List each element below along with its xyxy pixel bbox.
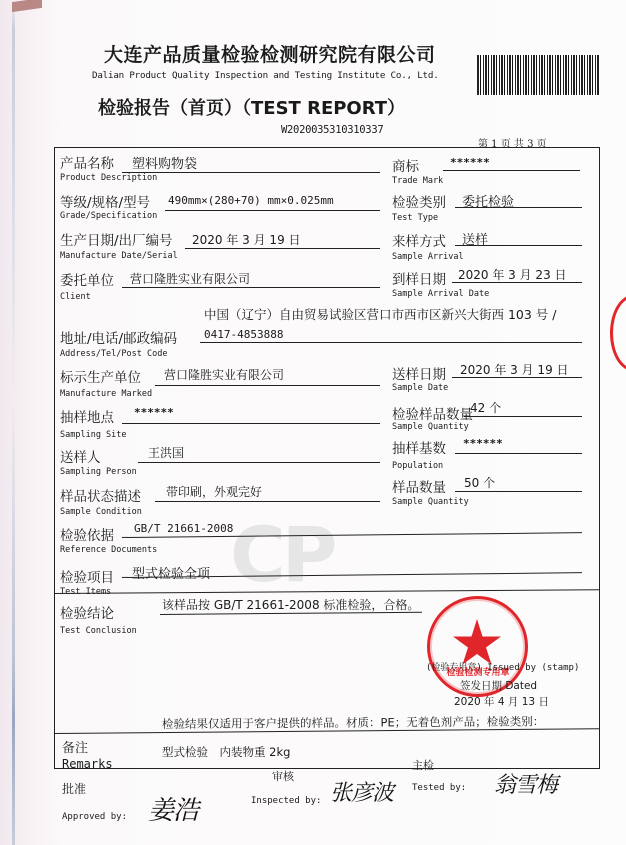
stamp-date: 2020 年 4 月 13 日 bbox=[454, 694, 549, 709]
value-product-name: 塑料购物袋 bbox=[132, 153, 197, 172]
value-grade-spec: 490mm×(280+70) mm×0.025mm bbox=[168, 194, 334, 207]
label-sample-date-en: Sample Date bbox=[392, 383, 448, 393]
value-trade-mark: ****** bbox=[450, 156, 490, 169]
label-grade-spec-en: Grade/Specification bbox=[60, 211, 157, 221]
label-sampling-site: 抽样地点 bbox=[60, 406, 114, 426]
label-test-type: 检验类别 bbox=[392, 191, 446, 211]
label-sample-arrival: 来样方式 bbox=[392, 230, 446, 250]
label-inspected-cn: 审核 bbox=[272, 768, 294, 784]
label-sampling-person-en: Sampling Person bbox=[60, 467, 137, 477]
underline bbox=[165, 210, 380, 211]
underline bbox=[452, 282, 582, 283]
label-product-name: 产品名称 bbox=[60, 152, 114, 172]
label-manufacturer: 标示生产单位 bbox=[60, 366, 141, 386]
label-manufacture-date-en: Manufacture Date/Serial bbox=[60, 251, 178, 261]
label-population-en: Population bbox=[392, 461, 443, 471]
underline bbox=[155, 501, 380, 502]
label-client-en: Client bbox=[60, 292, 91, 302]
label-inspected-en: Inspected by: bbox=[251, 796, 321, 806]
underline bbox=[155, 385, 380, 386]
label-address-en: Address/Tel/Post Code bbox=[60, 349, 167, 359]
label-sample-qty: 样品数量 bbox=[392, 476, 446, 496]
scan-edge bbox=[12, 0, 15, 845]
label-approved-en: Approved by: bbox=[62, 812, 127, 822]
adjacent-page-stamp-edge bbox=[610, 295, 626, 371]
underline bbox=[200, 342, 582, 343]
org-name-cn: 大连产品质量检验检测研究院有限公司 bbox=[104, 40, 436, 67]
label-sample-date: 送样日期 bbox=[392, 363, 446, 383]
value-manufacturer: 营口隆胜实业有限公司 bbox=[164, 366, 284, 383]
label-manufacture-date: 生产日期/出厂编号 bbox=[60, 229, 173, 249]
underline bbox=[455, 245, 582, 246]
label-test-sample-qty: 检验样品数量 bbox=[392, 403, 473, 423]
label-arrival-date-en: Sample Arrival Date bbox=[392, 289, 489, 299]
underline bbox=[455, 207, 582, 208]
org-name-en: Dalian Product Quality Inspection and Te… bbox=[92, 70, 439, 81]
value-address-line2: 0417-4853888 bbox=[204, 328, 283, 341]
label-test-type-en: Test Type bbox=[392, 213, 438, 223]
label-sample-arrival-en: Sample Arrival bbox=[392, 252, 464, 262]
underline bbox=[455, 491, 582, 492]
underline bbox=[464, 416, 582, 417]
value-sampling-site: ****** bbox=[134, 406, 174, 419]
label-tested-en: Tested by: bbox=[412, 783, 466, 793]
label-reference: 检验依据 bbox=[60, 524, 114, 544]
underline bbox=[455, 453, 582, 454]
report-number: W2020035310310337 bbox=[281, 124, 383, 136]
value-client: 营口隆胜实业有限公司 bbox=[130, 270, 250, 287]
value-population: ****** bbox=[463, 437, 503, 450]
value-reference: GB/T 21661-2008 bbox=[134, 522, 233, 535]
label-trade-mark: 商标 bbox=[392, 155, 419, 175]
label-remarks: 备注 bbox=[62, 737, 88, 756]
label-manufacturer-en: Manufacture Marked bbox=[60, 389, 152, 399]
value-test-sample-qty: 42 个 bbox=[470, 399, 501, 416]
value-test-items: 型式检验全项 bbox=[132, 563, 210, 582]
label-population: 抽样基数 bbox=[392, 437, 446, 457]
signature-tested: 翁雪梅 bbox=[494, 768, 557, 799]
underline bbox=[122, 287, 380, 288]
label-conclusion-en: Test Conclusion bbox=[60, 626, 137, 636]
stamp-dated-label: 签发日期 Dated bbox=[460, 678, 537, 693]
signature-approved: 姜浩 bbox=[148, 790, 198, 827]
label-test-items: 检验项目 bbox=[60, 566, 114, 586]
label-remarks-en: Remarks bbox=[62, 757, 113, 771]
label-sampling-site-en: Sampling Site bbox=[60, 430, 127, 440]
value-sampling-person: 王洪国 bbox=[148, 444, 184, 461]
label-sampling-person: 送样人 bbox=[60, 446, 101, 466]
label-client: 委托单位 bbox=[60, 269, 114, 289]
value-manufacture-date: 2020 年 3 月 19 日 bbox=[192, 231, 301, 248]
barcode-icon bbox=[477, 55, 600, 95]
label-address: 地址/电话/邮政编码 bbox=[60, 327, 177, 347]
value-remarks-line2: 型式检验 内装物重 2kg bbox=[162, 744, 290, 760]
signature-inspected: 张彦波 bbox=[330, 776, 393, 807]
value-sample-date: 2020 年 3 月 19 日 bbox=[460, 361, 569, 378]
value-sample-qty: 50 个 bbox=[464, 474, 495, 491]
label-sample-qty-en: Sample Quantity bbox=[392, 497, 469, 507]
underline bbox=[138, 462, 380, 463]
label-trade-mark-en: Trade Mark bbox=[392, 176, 443, 186]
label-approved-cn: 批准 bbox=[62, 780, 86, 797]
underline bbox=[122, 423, 380, 424]
stamp-issued-by: (检验专用章) Issued by (stamp) bbox=[426, 660, 579, 673]
underline bbox=[443, 170, 580, 171]
label-reference-en: Reference Documents bbox=[60, 545, 157, 555]
report-title: 检验报告（首页）（TEST REPORT） bbox=[98, 94, 405, 120]
underline bbox=[185, 248, 380, 249]
label-test-sample-qty-en: Sample Quantity bbox=[392, 422, 469, 432]
value-remarks-line1: 检验结果仅适用于客户提供的样品。材质：PE；无着色剂产品；检验类别： bbox=[162, 713, 544, 732]
label-sample-condition: 样品状态描述 bbox=[60, 485, 141, 505]
value-arrival-date: 2020 年 3 月 23 日 bbox=[458, 266, 567, 283]
label-sample-condition-en: Sample Condition bbox=[60, 507, 142, 517]
label-product-name-en: Product Description bbox=[60, 173, 157, 183]
label-tested-cn: 主检 bbox=[412, 757, 434, 773]
value-address-line1: 中国（辽宁）自由贸易试验区营口市西市区新兴大街西 103 号 / bbox=[204, 305, 557, 323]
label-grade-spec: 等级/规格/型号 bbox=[60, 191, 150, 211]
underline bbox=[122, 172, 380, 173]
label-arrival-date: 到样日期 bbox=[392, 268, 446, 288]
scan-corner bbox=[12, 0, 42, 12]
value-sample-condition: 带印刷，外观完好 bbox=[166, 483, 262, 500]
value-conclusion: 该样品按 GB/T 21661-2008 标准检验，合格。 bbox=[162, 596, 419, 613]
label-conclusion: 检验结论 bbox=[60, 602, 114, 622]
underline bbox=[452, 377, 582, 378]
